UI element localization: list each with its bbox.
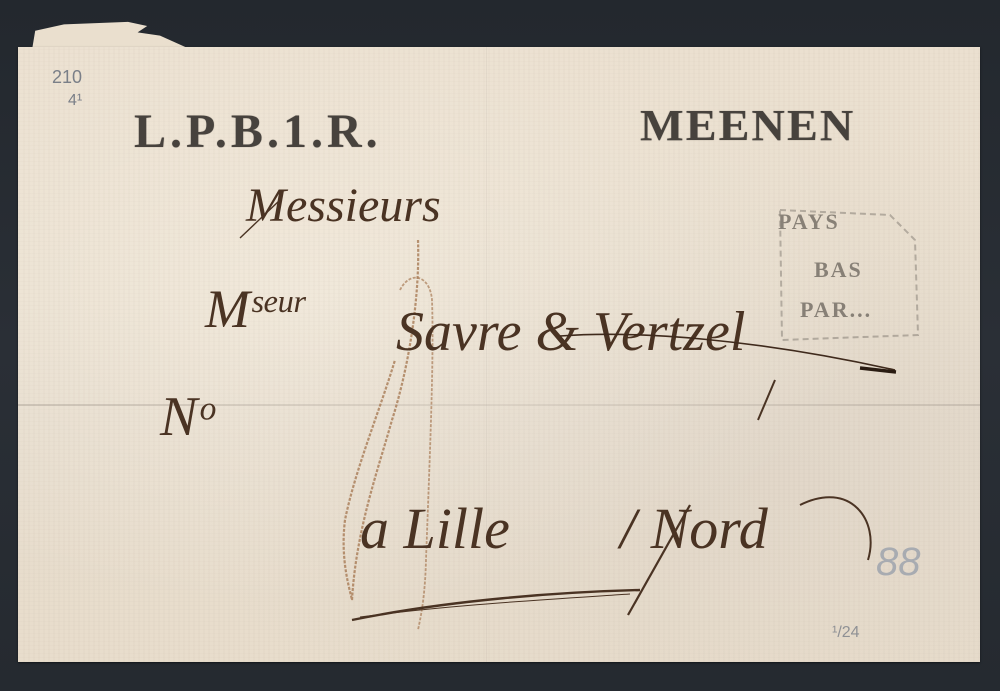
pencil-number-top-left: 210: [52, 67, 82, 88]
pencil-number-bottom-right: 88: [876, 540, 921, 585]
address-department: / Nord: [620, 495, 768, 562]
address-name: Savre & Vertzel: [396, 300, 745, 364]
origin-postmark: MEENEN: [640, 100, 855, 151]
pencil-sub-top-left: 4¹: [68, 92, 82, 110]
boxed-postmark-line-3: PAR...: [800, 297, 872, 323]
address-title: Mˢᵉᵘʳ: [205, 278, 303, 340]
boxed-postmark-line-1: PAYS: [778, 209, 840, 235]
address-number: Nᵒ: [160, 385, 213, 449]
pencil-fraction-bottom-right: ¹/24: [832, 624, 860, 642]
transit-postmark: L.P.B.1.R.: [134, 104, 382, 159]
boxed-postmark-line-2: BAS: [814, 257, 863, 283]
address-city: a Lille: [360, 495, 510, 562]
boxed-postmark: PAYS BAS PAR...: [770, 195, 920, 345]
address-salutation: Messieurs: [246, 178, 441, 233]
